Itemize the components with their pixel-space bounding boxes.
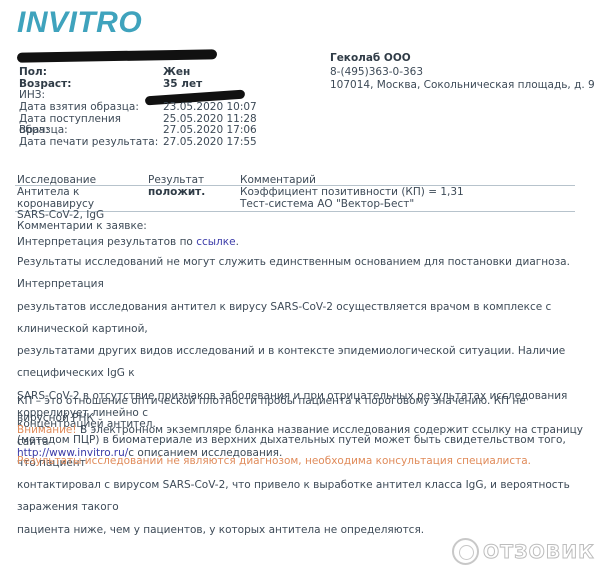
comment-line1: Коэффициент позитивности (КП) = 1,31: [240, 187, 575, 199]
print-date-label: Дата печати результата:: [19, 137, 163, 149]
disclaimer: Результаты исследований не являются диаг…: [17, 455, 587, 467]
age-value: 35 лет: [163, 79, 202, 91]
lab-name: Геколаб ООО: [330, 52, 595, 66]
attention-word: Внимание!: [17, 424, 77, 436]
table-header: Исследование Результат Комментарий: [15, 174, 575, 186]
otzovik-logo-icon: [452, 538, 479, 565]
patient-info: Пол:Жен Возраст:35 лет ИНЗ: Дата взятия …: [19, 67, 257, 149]
print-date-value: 27.05.2020 17:55: [163, 137, 257, 149]
lab-address: 107014, Москва, Сокольническая площадь, …: [330, 79, 595, 93]
header-result: Результат: [148, 174, 236, 185]
result-value: положит.: [148, 186, 205, 198]
header-test: Исследование: [15, 174, 148, 185]
sex-value: Жен: [163, 67, 190, 79]
sample-taken-label: Дата взятия образца:: [19, 102, 163, 114]
comment-line2: Тест-система АО "Вектор-Бест": [240, 199, 575, 211]
lab-info: Геколаб ООО 8-(495)363-0-363 107014, Мос…: [330, 52, 595, 93]
test-name-line1: Антитела к коронавирусу: [17, 187, 148, 210]
otzovik-text: ОТЗОВИК: [483, 541, 595, 563]
interpretation-link[interactable]: ссылке: [196, 236, 235, 248]
otzovik-watermark: ОТЗОВИК: [452, 538, 595, 565]
para-line: Результаты исследований не могут служить…: [17, 251, 587, 296]
sample-taken-value: 23.05.2020 10:07: [163, 102, 257, 114]
para-line: результатов исследования антител к вирус…: [17, 296, 587, 341]
interpretation-line: Интерпретация результатов по ссылке.: [17, 236, 587, 248]
lab-phone: 8-(495)363-0-363: [330, 66, 595, 80]
table-row: Антитела к коронавирусу SARS-CoV-2, IgG …: [15, 186, 575, 212]
sex-label: Пол:: [19, 67, 163, 79]
redacted-name: [17, 49, 217, 62]
header-comment: Комментарий: [236, 174, 575, 185]
results-table: Исследование Результат Комментарий Антит…: [15, 174, 575, 212]
para-line: контактировал с вирусом SARS-CoV-2, что …: [17, 474, 587, 519]
invitro-logo: INVITRO: [17, 6, 142, 40]
comments-label: Комментарии к заявке:: [17, 220, 587, 232]
para-line: результатами других видов исследований и…: [17, 340, 587, 385]
